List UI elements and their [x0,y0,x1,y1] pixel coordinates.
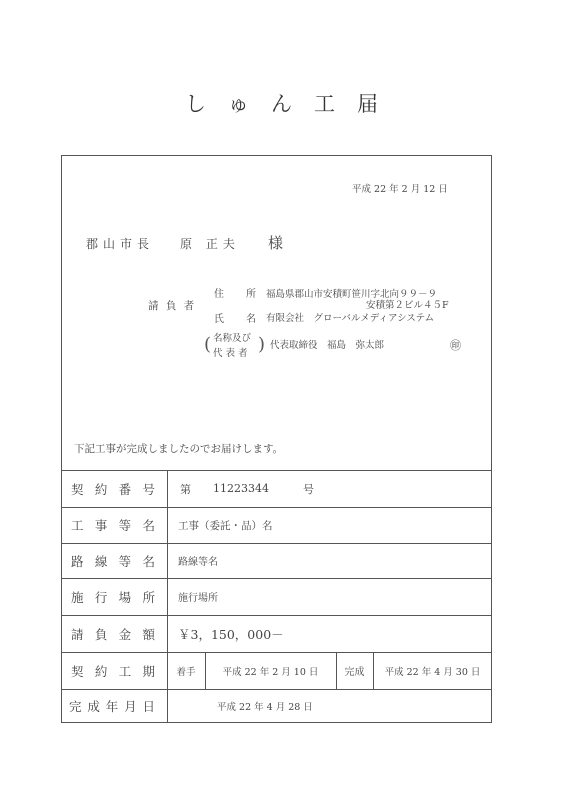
submission-date: 平成 22 年 2 月 12 日 [352,181,448,195]
representative-name: 代表取締役 福島 弥太郎 [270,337,384,351]
address-line2: 安積第２ビル４５F [366,297,449,311]
document-title: しゅん工届 [0,88,563,118]
name-label: 氏 名 [214,310,262,325]
seal-icon: ㊞ [450,337,461,353]
work-name-value: 工事（委託・品）名 [178,507,273,543]
paren-close: ) [258,334,265,355]
paren-open: ( [204,334,211,355]
addressee-name: 原 正夫 [180,235,240,252]
company-name: 有限会社 グローバルメディアシステム [266,310,434,324]
rep-label-line2: 代 表 者 [213,345,248,359]
addressee-title: 郡山市長 [86,235,154,252]
contract-number-prefix: 第 [180,481,191,497]
row-label-route-name: 路 線 等 名 [61,543,167,578]
route-name-value: 路線等名 [178,543,218,578]
addressee-honorific: 様 [268,232,283,253]
row-label-site: 施 行 場 所 [61,578,167,615]
term-start-date: 平成 22 年 2 月 10 日 [205,652,336,689]
completion-notice: 下記工事が完成しましたのでお届けします。 [74,441,283,456]
row-label-work-name: 工 事 等 名 [61,507,167,543]
completion-date-value: 平成 22 年 4 月 28 日 [217,689,313,723]
term-start-label: 着手 [167,652,205,689]
row-label-completion-date: 完 成 年 月 日 [61,689,167,723]
term-end-date: 平成 22 年 4 月 30 日 [373,652,492,689]
contract-number: 11223344 [213,482,269,495]
contract-amount-value: ￥3，150，000－ [178,615,284,652]
rep-label-line1: 名称及び [213,330,251,344]
row-label-contract-term: 契 約 工 期 [61,652,167,689]
contract-number-suffix: 号 [303,481,314,497]
term-end-label: 完成 [336,652,373,689]
row-label-contract-amount: 請 負 金 額 [61,615,167,652]
contractor-heading: 請 負 者 [148,298,196,313]
contract-number-value: 第 11223344 号 [180,470,314,507]
address-label: 住 所 [214,285,262,300]
site-value: 施行場所 [178,578,218,615]
row-label-contract-number: 契 約 番 号 [61,470,167,507]
